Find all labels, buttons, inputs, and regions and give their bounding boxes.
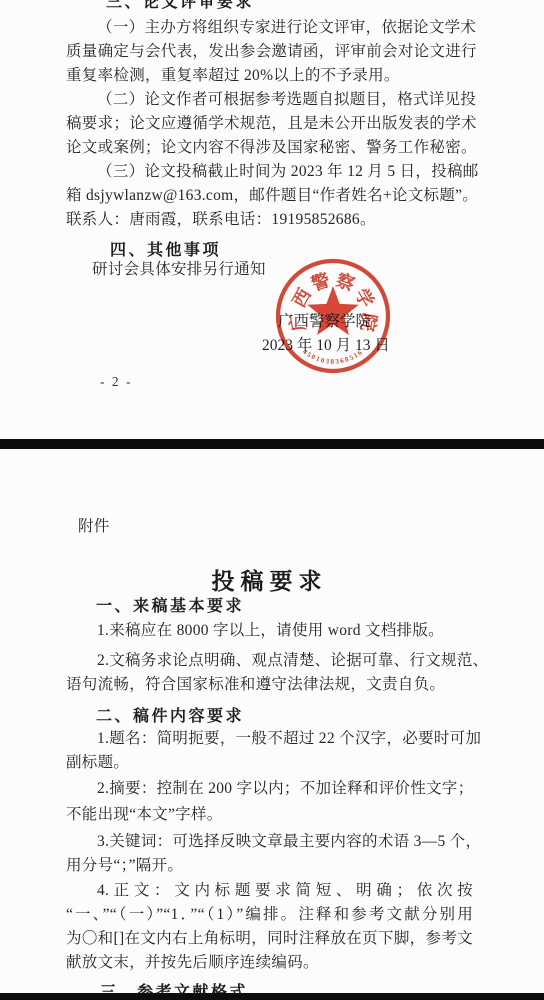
body-line: 论文或案例；论文内容不得涉及国家秘密、警务工作秘密。 bbox=[66, 139, 473, 157]
body-line: 稿要求；论文应遵循学术规范，且是未公开出版发表的学术 bbox=[66, 115, 473, 133]
official-seal-stamp: 广 西 警 察 学 院 4501030368516 bbox=[271, 254, 395, 378]
seal-char: 广 bbox=[285, 312, 309, 333]
scanned-document: 三、论文评审要求 （一）主办方将组织专家进行论文评审，依据论文学术 质量确定与会… bbox=[0, 0, 544, 1000]
body-line: 1.来稿应在 8000 字以上，请使用 word 文档排版。 bbox=[66, 622, 473, 640]
page-number: - 2 - bbox=[100, 374, 133, 390]
body-line: “一、”“（一）”“1．”“（1）”编排。注释和参考文献分别用 bbox=[66, 906, 473, 924]
body-line: 献放文末，并按先后顺序连续编码。 bbox=[66, 954, 473, 972]
body-line: （一）主办方将组织专家进行论文评审，依据论文学术 bbox=[66, 19, 473, 37]
attachment-title: 投稿要求 bbox=[66, 563, 473, 596]
body-line: 语句流畅，符合国家标准和遵守法律法规，文责自负。 bbox=[66, 676, 473, 694]
seal-char: 察 bbox=[333, 269, 357, 295]
body-line: 箱 dsjywlanzw@163.com，邮件题目“作者姓名+论文标题”。 bbox=[66, 187, 473, 205]
body-line: 2.文稿务求论点明确、观点清楚、论据可靠、行文规范、 bbox=[66, 652, 473, 670]
body-line: 4.正文：文内标题要求简短、明确；依次按 bbox=[66, 882, 473, 900]
body-line: （二）论文作者可根据参考选题自拟题目，格式详见投 bbox=[66, 91, 473, 109]
section-heading-other: 四、其他事项 bbox=[110, 237, 221, 260]
clipped-section-heading: 三、论文评审要求 bbox=[106, 0, 254, 12]
body-line: 质量确定与会代表，发出参会邀请函，评审前会对论文进行 bbox=[66, 43, 473, 61]
body-line: （三）论文投稿截止时间为 2023 年 12 月 5 日，投稿邮 bbox=[66, 163, 473, 181]
bottom-edge-bar bbox=[0, 993, 544, 1000]
body-line: 副标题。 bbox=[66, 754, 473, 772]
body-line: 1.题名：简明扼要，一般不超过 22 个汉字，必要时可加 bbox=[66, 730, 473, 748]
seal-char: 院 bbox=[357, 312, 381, 333]
attachment-label: 附件 bbox=[78, 518, 158, 536]
body-line: 联系人：唐雨霞，联系电话：19195852686。 bbox=[66, 211, 473, 229]
body-line: 2.摘要：控制在 200 字以内；不加诠释和评价性文字； bbox=[66, 780, 473, 798]
section-heading-2: 二、稿件内容要求 bbox=[96, 703, 244, 726]
section-heading-1: 一、来稿基本要求 bbox=[96, 593, 244, 616]
body-line: 为〇和[]在文内右上角标明，同时注释放在页下脚，参考文 bbox=[66, 930, 473, 948]
body-line: 不能出现“本文”字样。 bbox=[66, 806, 473, 824]
seal-serial: 4501030368516 bbox=[301, 348, 365, 366]
page-divider bbox=[0, 439, 544, 449]
seal-graphic: 广 西 警 察 学 院 4501030368516 bbox=[271, 254, 395, 378]
body-line: 重复率检测，重复率超过 20%以上的不予录用。 bbox=[66, 67, 473, 85]
seal-char: 警 bbox=[308, 269, 332, 295]
body-line: 3.关键词：可选择反映文章最主要内容的术语 3—5 个， bbox=[66, 833, 473, 851]
body-line: 用分号“；”隔开。 bbox=[66, 857, 473, 875]
